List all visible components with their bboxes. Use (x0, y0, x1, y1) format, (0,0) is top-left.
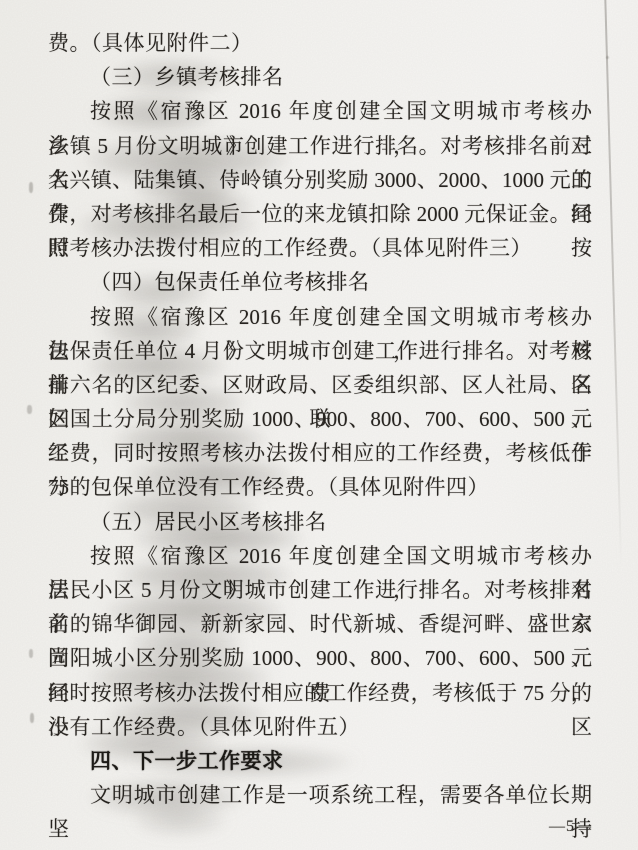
text-line: 按照《宿豫区 2016 年度创建全国文明城市考核办法》，对 (48, 94, 592, 128)
text-line: （四）包保责任单位考核排名 (48, 265, 592, 299)
text-line: 区国土分局分别奖励 1000、900、800、700、600、500 元工作 (48, 402, 592, 436)
scan-speck (27, 405, 32, 414)
page-number: —5— (549, 818, 592, 836)
scan-speck (29, 649, 33, 658)
text-line: 同时按照考核办法拨付相应的工作经费，考核低于 75 分的小区 (48, 676, 592, 710)
text-line: 文明城市创建工作是一项系统工程，需要各单位长期坚持 (48, 778, 592, 812)
scanned-document-page: 费。（具体见附件二）（三）乡镇考核排名按照《宿豫区 2016 年度创建全国文明城… (0, 0, 638, 850)
text-line: （三）乡镇考核排名 (48, 60, 592, 94)
text-line: 分的包保单位没有工作经费。（具体见附件四） (48, 470, 592, 504)
scan-speck (30, 713, 34, 723)
text-line: （五）居民小区考核排名 (48, 505, 592, 539)
text-line: 按照《宿豫区 2016 年度创建全国文明城市考核办法》，对 (48, 300, 592, 334)
text-line: 尚阳城小区分别奖励 1000、900、800、700、600、500 元经费， (48, 641, 592, 675)
text-line: 包保责任单位 4 月份文明城市创建工作进行排名。对考核排名 (48, 334, 592, 368)
text-line: 按照《宿豫区 2016 年度创建全国文明城市考核办法》，对 (48, 539, 592, 573)
text-line: 居民小区 5 月份文明城市创建工作进行排名。对考核排名前六 (48, 573, 592, 607)
scan-edge-line (604, 0, 622, 568)
text-line: 大兴镇、陆集镇、侍岭镇分别奖励 3000、2000、1000 元工作经 (48, 163, 592, 197)
text-line: 经费，同时按照考核办法拨付相应的工作经费，考核低于 75 (48, 436, 592, 470)
scan-speck (606, 56, 609, 59)
text-line: 费。（具体见附件二） (48, 26, 592, 60)
text-line: 费，对考核排名最后一位的来龙镇扣除 2000 元保证金。同时按 (48, 197, 592, 231)
document-body: 费。（具体见附件二）（三）乡镇考核排名按照《宿豫区 2016 年度创建全国文明城… (48, 26, 592, 812)
text-line: 照考核办法拨付相应的工作经费。（具体见附件三） (48, 231, 592, 265)
text-line: 名的锦华御园、新新家园、时代新城、香缇河畔、盛世家园、 (48, 607, 592, 641)
scan-speck (29, 182, 33, 193)
text-line: 前六名的区纪委、区财政局、区委组织部、区人社局、区妇联、 (48, 368, 592, 402)
text-line: 四、下一步工作要求 (48, 744, 592, 778)
text-line: 乡镇 5 月份文明城市创建工作进行排名。对考核排名前三名的 (48, 129, 592, 163)
